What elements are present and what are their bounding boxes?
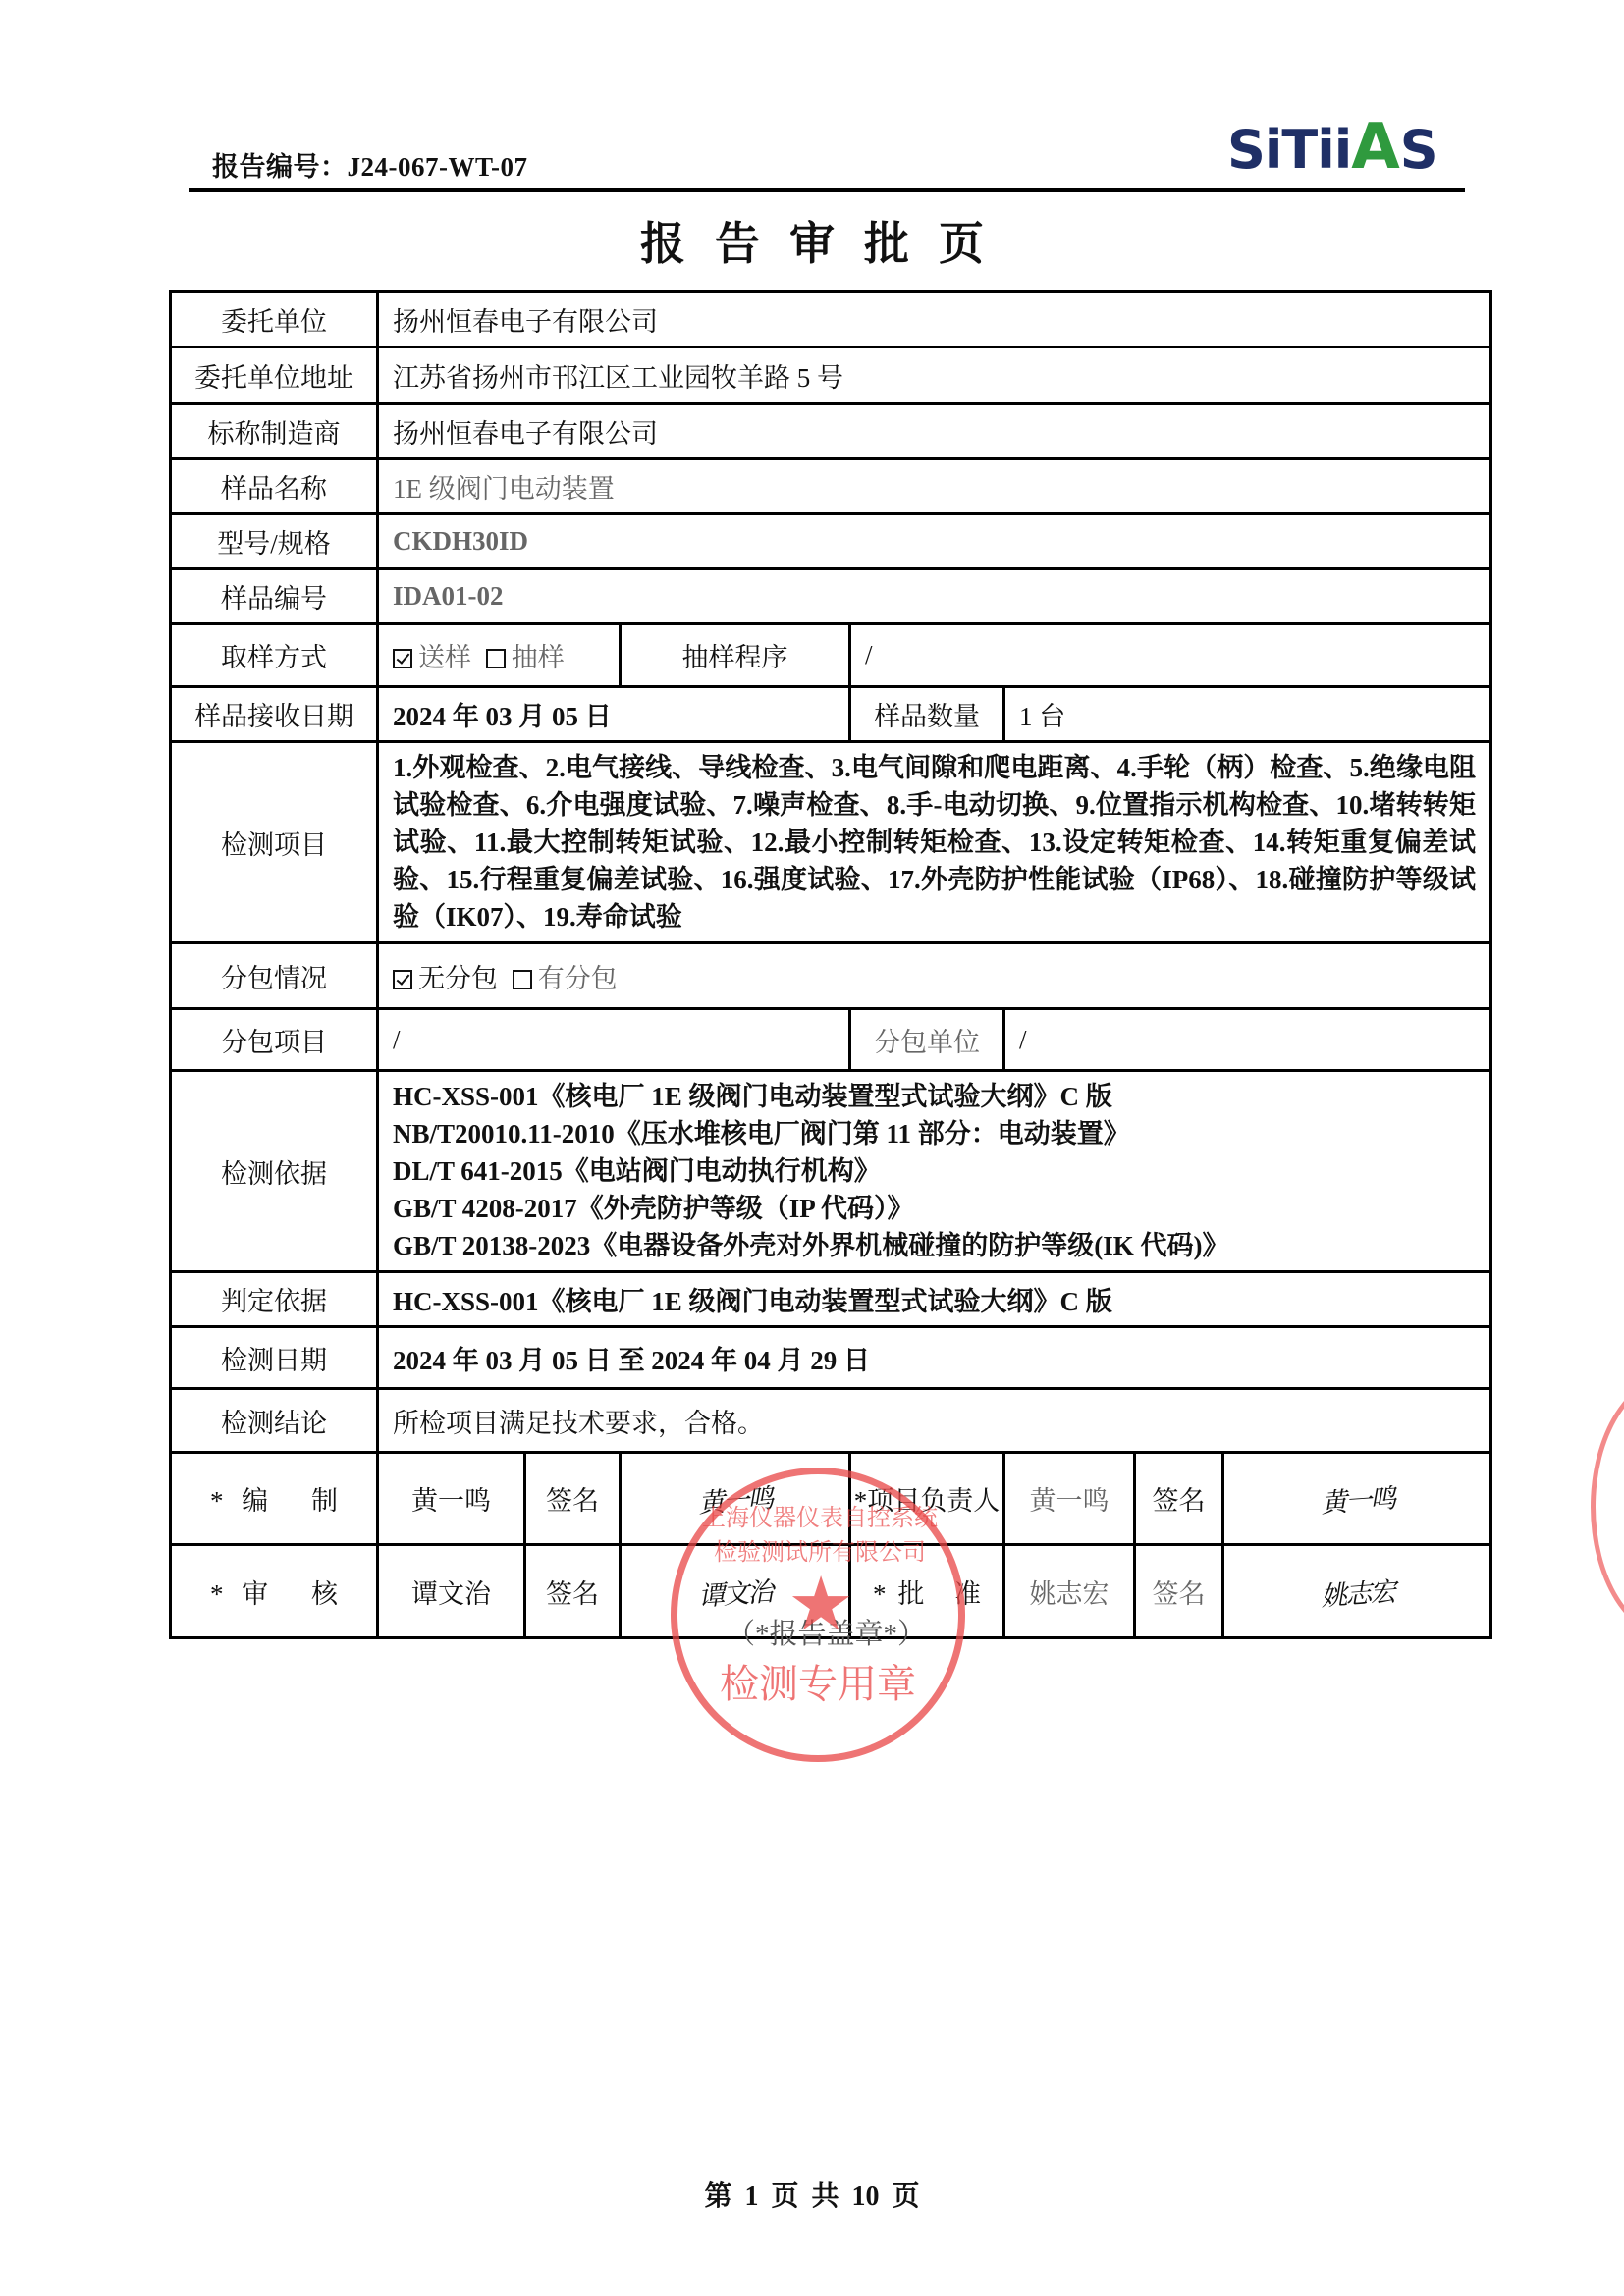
compiler-signature: 黄一鸣 — [621, 1453, 850, 1545]
test-basis-item: GB/T 4208-2017《外壳防护等级（IP 代码）》 — [393, 1190, 1476, 1227]
company-logo: SiTiiAS — [1227, 116, 1437, 177]
row-test-basis: 检测依据 HC-XSS-001《核电厂 1E 级阀门电动装置型式试验大纲》C 版… — [171, 1071, 1491, 1272]
checkbox-unchecked-icon[interactable] — [513, 970, 532, 989]
test-basis-item: DL/T 641-2015《电站阀门电动执行机构》 — [393, 1152, 1476, 1190]
option-no-subcontract: 无分包 — [418, 964, 498, 993]
sign-label: 签名 — [1135, 1545, 1223, 1638]
test-items-label: 检测项目 — [171, 742, 378, 943]
test-date-value: 2024 年 03 月 05 日 至 2024 年 04 月 29 日 — [378, 1327, 1491, 1389]
compiler-name: 黄一鸣 — [378, 1453, 525, 1545]
row-sample-name: 样品名称 1E 级阀门电动装置 — [171, 459, 1491, 514]
receipt-date-label: 样品接收日期 — [171, 687, 378, 742]
row-sample-no: 样品编号 IDA01-02 — [171, 569, 1491, 624]
client-value: 扬州恒春电子有限公司 — [378, 292, 1491, 347]
subcontract-items-value: / — [378, 1009, 850, 1071]
sample-no-label: 样品编号 — [171, 569, 378, 624]
manufacturer-value: 扬州恒春电子有限公司 — [378, 404, 1491, 459]
client-label: 委托单位 — [171, 292, 378, 347]
judgment-basis-label: 判定依据 — [171, 1272, 378, 1327]
role-compiler: *编 制 — [171, 1453, 378, 1545]
seal-bottom-text: 检测专用章 — [677, 1653, 958, 1709]
subcontract-unit-label: 分包单位 — [850, 1009, 1004, 1071]
subcontract-label: 分包情况 — [171, 943, 378, 1009]
receipt-date-value: 2024 年 03 月 05 日 — [378, 687, 850, 742]
role-project-lead: *项目负责人 — [850, 1453, 1004, 1545]
sample-name-label: 样品名称 — [171, 459, 378, 514]
test-basis-list: HC-XSS-001《核电厂 1E 级阀门电动装置型式试验大纲》C 版 NB/T… — [378, 1071, 1491, 1272]
sample-name-value: 1E 级阀门电动装置 — [378, 459, 1491, 514]
test-date-label: 检测日期 — [171, 1327, 378, 1389]
page-title: 报告审批页 — [0, 208, 1624, 273]
approval-form-table: 委托单位 扬州恒春电子有限公司 委托单位地址 江苏省扬州市邗江区工业园牧羊路 5… — [169, 290, 1492, 1639]
stamp-note: （*报告盖章*） — [727, 1612, 926, 1652]
approver-name: 姚志宏 — [1004, 1545, 1135, 1638]
row-manufacturer: 标称制造商 扬州恒春电子有限公司 — [171, 404, 1491, 459]
row-model: 型号/规格 CKDH30ID — [171, 514, 1491, 569]
sampling-method-label: 取样方式 — [171, 624, 378, 687]
subcontract-items-label: 分包项目 — [171, 1009, 378, 1071]
subcontract-options: 无分包 有分包 — [378, 943, 1491, 1009]
sample-no-value: IDA01-02 — [378, 569, 1491, 624]
conclusion-value: 所检项目满足技术要求，合格。 — [378, 1389, 1491, 1453]
row-subcontract-items: 分包项目 / 分包单位 / — [171, 1009, 1491, 1071]
sign-label: 签名 — [525, 1545, 621, 1638]
row-test-date: 检测日期 2024 年 03 月 05 日 至 2024 年 04 月 29 日 — [171, 1327, 1491, 1389]
page-footer: 第 1 页 共 10 页 — [0, 2174, 1624, 2214]
subcontract-unit-value: / — [1004, 1009, 1491, 1071]
report-number: 报告编号：J24-067-WT-07 — [212, 145, 528, 184]
checkbox-checked-icon[interactable] — [393, 649, 412, 668]
test-basis-item: GB/T 20138-2023《电器设备外壳对外界机械碰撞的防护等级(IK 代码… — [393, 1227, 1476, 1264]
reviewer-name: 谭文治 — [378, 1545, 525, 1638]
header-divider — [189, 188, 1465, 192]
model-value: CKDH30ID — [378, 514, 1491, 569]
logo-text-right: S — [1400, 124, 1437, 177]
project-lead-name: 黄一鸣 — [1004, 1453, 1135, 1545]
sign-label: 签名 — [1135, 1453, 1223, 1545]
client-address-label: 委托单位地址 — [171, 347, 378, 404]
option-has-subcontract: 有分包 — [538, 964, 618, 993]
sampling-method-options: 送样 抽样 — [378, 624, 621, 687]
sign-label: 签名 — [525, 1453, 621, 1545]
sample-quantity-label: 样品数量 — [850, 687, 1004, 742]
test-basis-item: NB/T20010.11-2010《压水堆核电厂阀门第 11 部分：电动装置》 — [393, 1115, 1476, 1152]
conclusion-label: 检测结论 — [171, 1389, 378, 1453]
option-delivered-sample: 送样 — [418, 643, 471, 672]
checkbox-checked-icon[interactable] — [393, 970, 412, 989]
row-subcontract: 分包情况 无分包 有分包 — [171, 943, 1491, 1009]
row-receipt-date: 样品接收日期 2024 年 03 月 05 日 样品数量 1 台 — [171, 687, 1491, 742]
sample-quantity-value: 1 台 — [1004, 687, 1491, 742]
test-basis-label: 检测依据 — [171, 1071, 378, 1272]
model-label: 型号/规格 — [171, 514, 378, 569]
option-drawn-sample: 抽样 — [512, 643, 565, 672]
client-address-value: 江苏省扬州市邗江区工业园牧羊路 5 号 — [378, 347, 1491, 404]
judgment-basis-value: HC-XSS-001《核电厂 1E 级阀门电动装置型式试验大纲》C 版 — [378, 1272, 1491, 1327]
test-items-value: 1.外观检查、2.电气接线、导线检查、3.电气间隙和爬电距离、4.手轮（柄）检查… — [378, 742, 1491, 943]
row-judgment-basis: 判定依据 HC-XSS-001《核电厂 1E 级阀门电动装置型式试验大纲》C 版 — [171, 1272, 1491, 1327]
row-conclusion: 检测结论 所检项目满足技术要求，合格。 — [171, 1389, 1491, 1453]
manufacturer-label: 标称制造商 — [171, 404, 378, 459]
edge-seal-fragment — [1591, 1374, 1624, 1639]
sampling-procedure-label: 抽样程序 — [621, 624, 850, 687]
logo-accent-letter: A — [1351, 118, 1400, 177]
row-client: 委托单位 扬州恒春电子有限公司 — [171, 292, 1491, 347]
report-number-value: J24-067-WT-07 — [348, 152, 528, 182]
logo-text-left: SiTii — [1227, 124, 1351, 177]
row-client-address: 委托单位地址 江苏省扬州市邗江区工业园牧羊路 5 号 — [171, 347, 1491, 404]
report-number-label: 报告编号： — [212, 152, 348, 182]
checkbox-unchecked-icon[interactable] — [486, 649, 506, 668]
sampling-procedure-value: / — [850, 624, 1491, 687]
row-sampling-method: 取样方式 送样 抽样 抽样程序 / — [171, 624, 1491, 687]
row-test-items: 检测项目 1.外观检查、2.电气接线、导线检查、3.电气间隙和爬电距离、4.手轮… — [171, 742, 1491, 943]
approver-signature: 姚志宏 — [1223, 1545, 1491, 1638]
row-signatures-1: *编 制 黄一鸣 签名 黄一鸣 *项目负责人 黄一鸣 签名 黄一鸣 — [171, 1453, 1491, 1545]
role-reviewer: *审 核 — [171, 1545, 378, 1638]
test-basis-item: HC-XSS-001《核电厂 1E 级阀门电动装置型式试验大纲》C 版 — [393, 1078, 1476, 1115]
project-lead-signature: 黄一鸣 — [1223, 1453, 1491, 1545]
